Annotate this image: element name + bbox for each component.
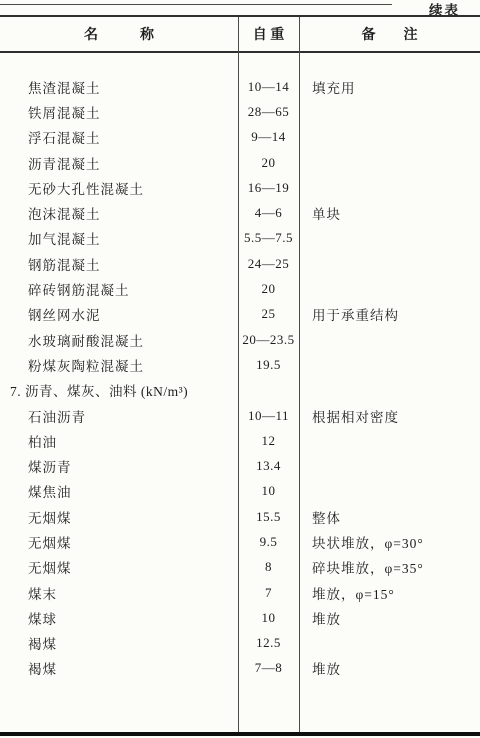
table-row: 粉煤灰陶粒混凝土 19.5: [0, 352, 480, 377]
table-row: 泡沫混凝土 4—6 单块: [0, 200, 480, 225]
row-material-name: 煤沥青: [0, 456, 238, 476]
table-row: 7. 沥青、煤灰、油料 (kN/m³): [0, 378, 480, 403]
row-material-name: 煤球: [0, 608, 238, 628]
table-row: 煤球 10 堆放: [0, 605, 480, 630]
table-row: 柏油 12: [0, 428, 480, 453]
row-material-name: 水玻璃耐酸混凝土: [0, 330, 238, 350]
row-self-weight: 19.5: [238, 357, 299, 373]
row-self-weight: 16—19: [238, 180, 299, 196]
row-material-name: 煤焦油: [0, 481, 238, 501]
table-row: 钢筋混凝土 24—25: [0, 251, 480, 276]
row-self-weight: 9—14: [238, 129, 299, 145]
table-row: 焦渣混凝土 10—14 填充用: [0, 74, 480, 99]
row-remark: 用于承重结构: [299, 304, 480, 324]
row-self-weight: 20—23.5: [238, 332, 299, 348]
table-row: 褐煤 12.5: [0, 631, 480, 656]
row-self-weight: 10—11: [238, 408, 299, 424]
row-self-weight: 7—8: [238, 660, 299, 676]
column-divider-weight-remark: [299, 17, 300, 732]
row-remark: 填充用: [299, 77, 480, 97]
row-self-weight: 24—25: [238, 256, 299, 272]
row-self-weight: 20: [238, 281, 299, 297]
scanned-page: 续表 名 称 自 重 备 注 焦渣混凝土 10—14 填充用 铁屑混凝土 28—…: [0, 0, 480, 738]
row-self-weight: 28—65: [238, 104, 299, 120]
table-row: 沥青混凝土 20: [0, 150, 480, 175]
row-remark: 单块: [299, 203, 480, 223]
row-material-name: 柏油: [0, 431, 238, 451]
table-row: 煤焦油 10: [0, 479, 480, 504]
table-body: 焦渣混凝土 10—14 填充用 铁屑混凝土 28—65 浮石混凝土 9—14 沥…: [0, 53, 480, 681]
table-row: 无烟煤 15.5 整体: [0, 504, 480, 529]
row-material-name: 泡沫混凝土: [0, 203, 238, 223]
header-name-column: 名 称: [0, 24, 238, 44]
table-row: 煤沥青 13.4: [0, 453, 480, 478]
row-self-weight: 7: [238, 585, 299, 601]
row-self-weight: 12.5: [238, 635, 299, 651]
row-self-weight: 9.5: [238, 534, 299, 550]
row-self-weight: 13.4: [238, 458, 299, 474]
table-row: 无烟煤 8 碎块堆放，φ=35°: [0, 555, 480, 580]
row-self-weight: 15.5: [238, 509, 299, 525]
header-remark-column: 备 注: [299, 24, 480, 44]
row-remark: 堆放: [299, 608, 480, 628]
row-self-weight: 4—6: [238, 205, 299, 221]
table-row: 无烟煤 9.5 块状堆放，φ=30°: [0, 529, 480, 554]
table-row: 无砂大孔性混凝土 16—19: [0, 175, 480, 200]
row-material-name: 无烟煤: [0, 557, 238, 577]
row-self-weight: 8: [238, 559, 299, 575]
row-material-name: 沥青混凝土: [0, 153, 238, 173]
row-self-weight: 5.5—7.5: [238, 230, 299, 246]
table-header-row: 名 称 自 重 备 注: [0, 17, 480, 53]
row-material-name: 无砂大孔性混凝土: [0, 178, 238, 198]
row-material-name: 加气混凝土: [0, 228, 238, 248]
row-self-weight: 10—14: [238, 79, 299, 95]
top-rule: [0, 4, 392, 5]
table-row: 铁屑混凝土 28—65: [0, 99, 480, 124]
row-self-weight: 10: [238, 483, 299, 499]
row-remark: 堆放，φ=15°: [299, 583, 480, 603]
weights-table: 名 称 自 重 备 注 焦渣混凝土 10—14 填充用 铁屑混凝土 28—65 …: [0, 15, 480, 736]
row-material-name: 粉煤灰陶粒混凝土: [0, 355, 238, 375]
row-material-name: 无烟煤: [0, 532, 238, 552]
table-row: 碎砖钢筋混凝土 20: [0, 276, 480, 301]
row-material-name: 煤末: [0, 583, 238, 603]
table-row: 水玻璃耐酸混凝土 20—23.5: [0, 327, 480, 352]
row-remark: 块状堆放，φ=30°: [299, 532, 480, 552]
row-self-weight: 20: [238, 155, 299, 171]
row-self-weight: 10: [238, 610, 299, 626]
row-material-name: 褐煤: [0, 658, 238, 678]
row-material-name: 褐煤: [0, 633, 238, 653]
row-material-name: 碎砖钢筋混凝土: [0, 279, 238, 299]
row-remark: 碎块堆放，φ=35°: [299, 557, 480, 577]
row-material-name: 钢丝网水泥: [0, 304, 238, 324]
row-material-name: 钢筋混凝土: [0, 254, 238, 274]
row-remark: 堆放: [299, 658, 480, 678]
table-row: 钢丝网水泥 25 用于承重结构: [0, 302, 480, 327]
header-weight-column: 自 重: [238, 24, 299, 44]
row-remark: 整体: [299, 507, 480, 527]
row-material-name: 焦渣混凝土: [0, 77, 238, 97]
row-material-name: 7. 沥青、煤灰、油料 (kN/m³): [0, 380, 238, 400]
row-self-weight: 25: [238, 306, 299, 322]
table-row: 煤末 7 堆放，φ=15°: [0, 580, 480, 605]
table-row: 石油沥青 10—11 根据相对密度: [0, 403, 480, 428]
row-material-name: 浮石混凝土: [0, 127, 238, 147]
table-row: 浮石混凝土 9—14: [0, 125, 480, 150]
row-material-name: 石油沥青: [0, 406, 238, 426]
column-divider-name-weight: [238, 17, 239, 732]
row-remark: 根据相对密度: [299, 406, 480, 426]
table-row: 加气混凝土 5.5—7.5: [0, 226, 480, 251]
table-row: 褐煤 7—8 堆放: [0, 656, 480, 681]
row-material-name: 铁屑混凝土: [0, 102, 238, 122]
row-self-weight: 12: [238, 433, 299, 449]
row-material-name: 无烟煤: [0, 507, 238, 527]
